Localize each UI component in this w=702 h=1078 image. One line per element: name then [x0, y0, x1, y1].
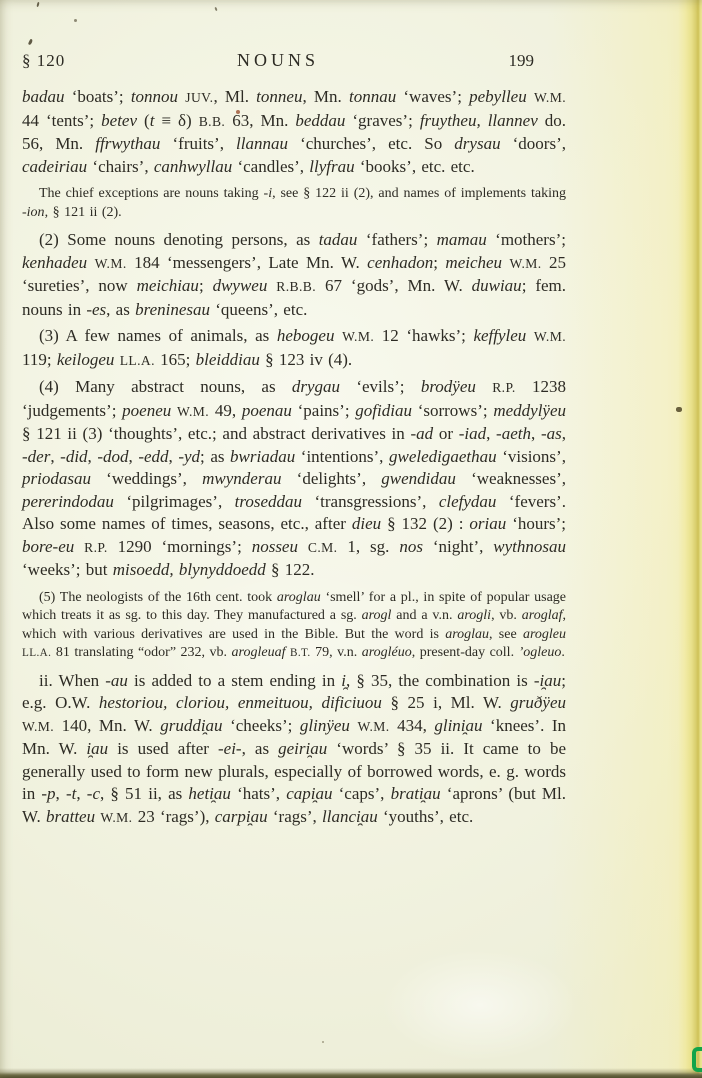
paragraph-section-ii-iau: ii. When -au is added to a stem ending i…	[22, 670, 566, 830]
paragraph-item-3-animals: (3) A few names of animals, as hebogeu W…	[22, 325, 566, 372]
scanned-page: § 120 NOUNS 199 badau ‘boats’; tonnou JU…	[0, 0, 702, 1078]
scan-speck	[214, 7, 217, 11]
paragraph-item-4-abstract-nouns: (4) Many abstract nouns, as drygau ‘evil…	[22, 376, 566, 582]
paragraph-note-chief-exceptions: The chief exceptions are nouns taking -i…	[22, 185, 566, 222]
section-number: § 120	[22, 51, 193, 71]
scan-speck	[28, 39, 33, 46]
running-head: § 120 NOUNS 199	[22, 50, 534, 71]
scan-speck	[74, 19, 77, 22]
green-bracket-mark	[692, 1047, 702, 1072]
scan-speck	[36, 2, 39, 7]
scan-bottom-edge	[0, 1068, 702, 1078]
page-number: 199	[363, 51, 534, 71]
page-text: badau ‘boats’; tonnou JUV., Ml. tonneu, …	[22, 86, 566, 829]
paragraph-plural-au-examples: badau ‘boats’; tonnou JUV., Ml. tonneu, …	[22, 86, 566, 178]
paragraph-note-5-aroglau: (5) The neologists of the 16th cent. too…	[22, 589, 566, 663]
page-title: NOUNS	[193, 50, 364, 71]
page-edge-strip	[678, 0, 702, 1078]
paragraph-item-2-persons: (2) Some nouns denoting persons, as tada…	[22, 229, 566, 321]
scan-speck	[322, 1041, 324, 1043]
